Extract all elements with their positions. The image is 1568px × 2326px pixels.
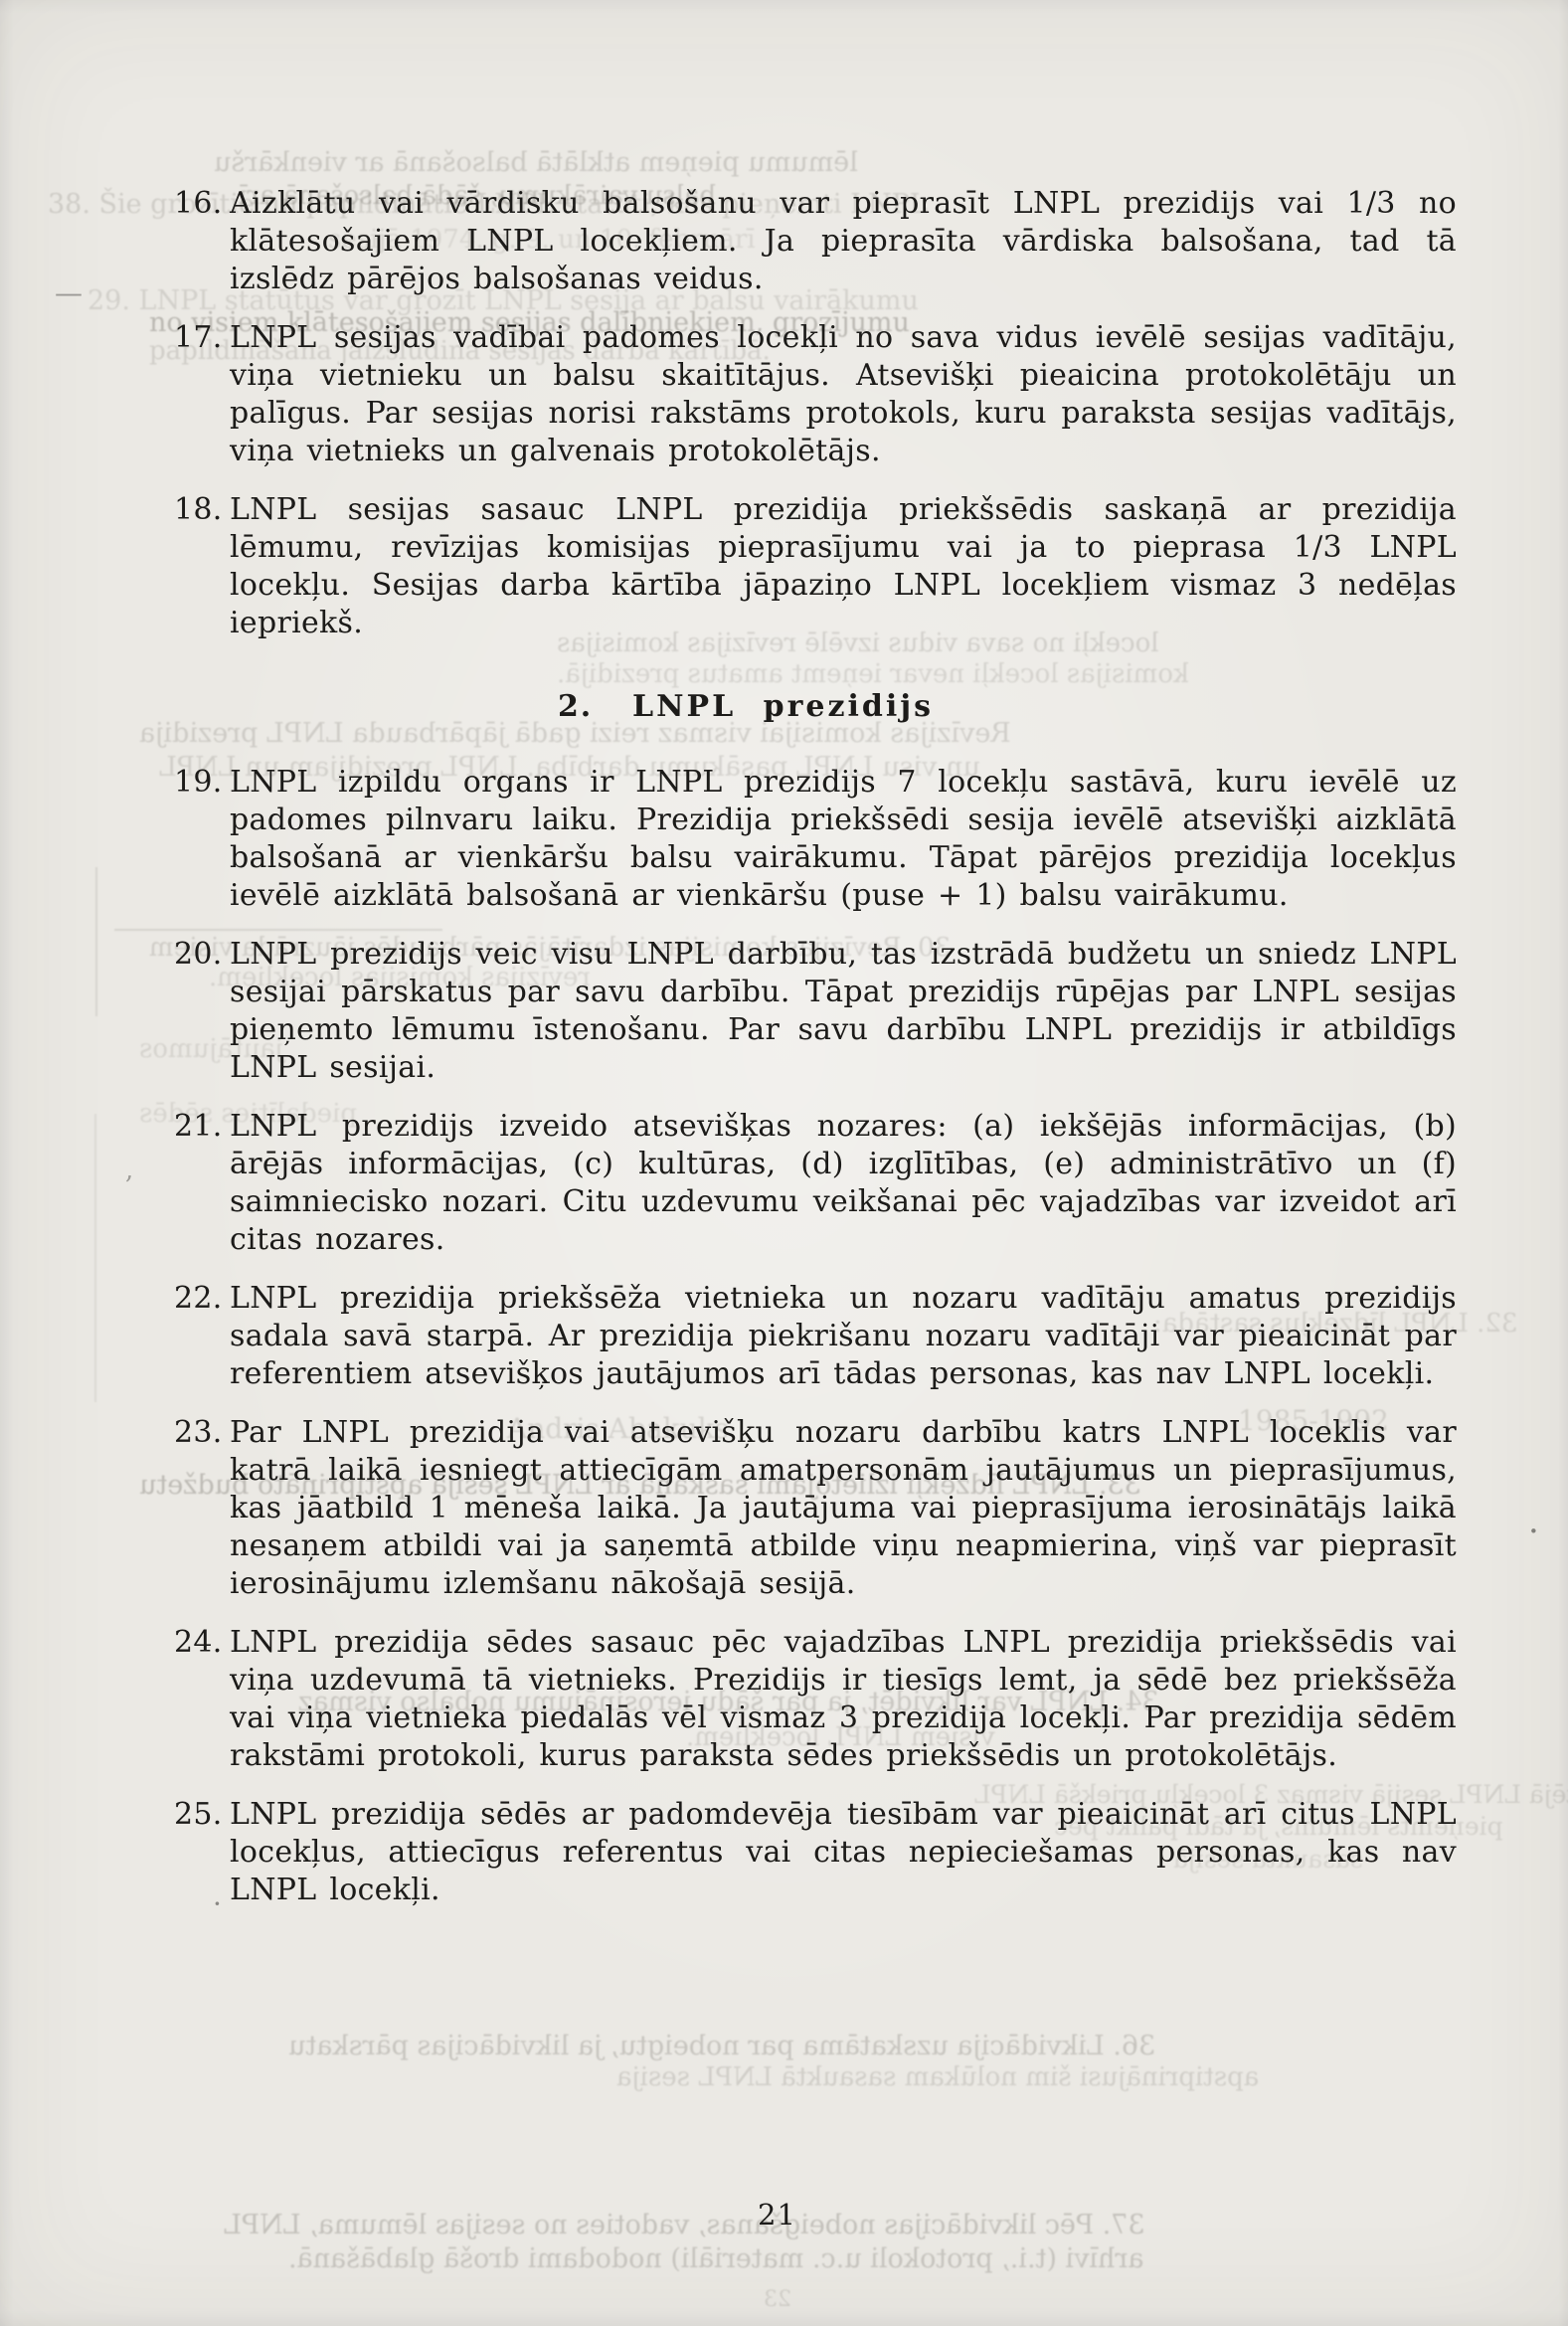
section-heading: 2. LNPL prezidijs (104, 688, 1387, 726)
bleedthrough-rule (94, 1114, 96, 1402)
paragraph-number: 20. (174, 936, 230, 1087)
statute-paragraph: 19. LNPL izpildu organs ir LNPL prezidij… (174, 764, 1457, 915)
paragraph-text: LNPL prezidija sēdēs ar padomdevēja ties… (230, 1796, 1457, 1909)
paragraph-text: LNPL prezidijs izveido atsevišķas nozare… (230, 1108, 1457, 1259)
paragraph-text: LNPL prezidija priekšsēža vietnieka un n… (230, 1280, 1457, 1393)
paragraph-number: 22. (174, 1280, 230, 1393)
paragraph-text: LNPL sesijas vadībai padomes locekļi no … (230, 319, 1457, 470)
paragraph-number: 18. (174, 491, 230, 642)
bleedthrough-rule (95, 867, 97, 1016)
paragraph-number: 23. (174, 1414, 230, 1603)
paragraph-text: LNPL prezidijs veic visu LNPL darbību, t… (230, 936, 1457, 1087)
paragraph-number: 16. (174, 185, 230, 298)
section-heading-title: LNPL prezidijs (632, 689, 934, 724)
paragraph-number: 21. (174, 1108, 230, 1259)
bleedthrough-text: 23 (764, 2287, 791, 2312)
statute-paragraph: 25. LNPL prezidija sēdēs ar padomdevēja … (174, 1796, 1457, 1909)
scanned-page: lēmumu pieņem atklātā balsošanā ar vienk… (0, 0, 1568, 2326)
stray-ink-mark: , (125, 1156, 133, 1185)
bleedthrough-text: 36. Likvidācija uzskatāma par nobeigtu, … (288, 2031, 1155, 2061)
paragraph-number: 19. (174, 764, 230, 915)
paragraph-text: LNPL prezidija sēdes sasauc pēc vajadzīb… (230, 1624, 1457, 1775)
paragraph-text: Aizklātu vai vārdisku balsošanu var piep… (230, 185, 1457, 298)
stray-ink-mark: · (1528, 1512, 1539, 1551)
statute-paragraph: 21. LNPL prezidijs izveido atsevišķas no… (174, 1108, 1457, 1259)
paragraph-text: LNPL sesijas sasauc LNPL prezidija priek… (230, 491, 1457, 642)
bleedthrough-text: arhīvi (t.i., protokoli u.c. materiāli) … (288, 2243, 1143, 2274)
bleedthrough-text: lēmumu pieņem atklātā balsošanā ar vienk… (214, 147, 858, 178)
statute-paragraph: 18. LNPL sesijas sasauc LNPL prezidija p… (174, 491, 1457, 642)
paragraph-number: 24. (174, 1624, 230, 1775)
bleedthrough-text: apstiprinājusi šim nolūkam sasauktā LNPL… (616, 2062, 1259, 2092)
statute-paragraph: 23. Par LNPL prezidija vai atsevišķu noz… (174, 1414, 1457, 1603)
stray-ink-mark: — (55, 276, 83, 309)
paragraph-number: 25. (174, 1796, 230, 1909)
paragraph-text: Par LNPL prezidija vai atsevišķu nozaru … (230, 1414, 1457, 1603)
paragraph-text: LNPL izpildu organs ir LNPL prezidijs 7 … (230, 764, 1457, 915)
text-block: 16. Aizklātu vai vārdisku balsošanu var … (174, 185, 1457, 1930)
statute-paragraph: 22. LNPL prezidija priekšsēža vietnieka … (174, 1280, 1457, 1393)
section-heading-index: 2. (558, 689, 593, 724)
page-number: 21 (0, 2198, 1554, 2232)
statute-paragraph: 24. LNPL prezidija sēdes sasauc pēc vaja… (174, 1624, 1457, 1775)
statute-paragraph: 17. LNPL sesijas vadībai padomes locekļi… (174, 319, 1457, 470)
paragraph-number: 17. (174, 319, 230, 470)
statute-paragraph: 20. LNPL prezidijs veic visu LNPL darbīb… (174, 936, 1457, 1087)
statute-paragraph: 16. Aizklātu vai vārdisku balsošanu var … (174, 185, 1457, 298)
